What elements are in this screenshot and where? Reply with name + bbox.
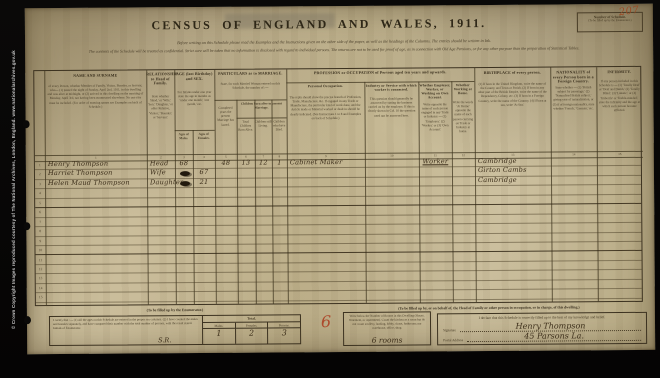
col-header-industry: Industry or Service with which worker is… <box>365 83 417 92</box>
cell-num: 7 <box>35 220 45 224</box>
col-header-nationality: NATIONALITY of every Person born in a Fo… <box>551 70 595 84</box>
cell-num: 14 <box>36 286 46 290</box>
enumerator-initials: S.R. <box>158 336 171 344</box>
ink-blot <box>180 181 190 186</box>
schedule-number-note: (To be filled up by the Enumerator.) <box>580 18 640 22</box>
cell-num: 4 <box>35 191 45 195</box>
cell-m_born: 13 <box>237 159 255 167</box>
cell-num: 9 <box>35 239 45 243</box>
cell-num: 5 <box>35 201 45 205</box>
col-header-age: AGE (last Birthday) and SEX. <box>174 72 214 82</box>
cell-name: Harriet Thompson <box>45 169 147 178</box>
enumerator-note: I certify that :— (1) All the ages on th… <box>50 316 202 345</box>
col-note-industry: This question should generally be answer… <box>366 96 416 117</box>
col-note-infirmity: If any person included in this Schedule … <box>598 79 640 113</box>
col-note-birthplace: (1) If born in the United Kingdom, write… <box>477 82 547 107</box>
cell-num: 11 <box>36 258 46 262</box>
totals-males-value: 1 <box>203 329 235 344</box>
cell-num: 10 <box>35 248 45 252</box>
cell-birthplace: Cambridge <box>475 157 551 166</box>
col-note-relationship: State whether 'Head,' or 'Wife,' 'Son,' … <box>147 94 173 119</box>
cell-num: 2 <box>35 172 45 176</box>
column-number: 12 <box>452 153 475 157</box>
punch-hole <box>24 316 31 324</box>
instruction-line-2: The contents of the Schedule will be tre… <box>59 45 609 54</box>
cell-num: 13 <box>36 276 46 280</box>
column-number: 6 <box>237 154 255 158</box>
col-note-name: of every Person, whether Member of Famil… <box>47 83 143 109</box>
cell-birthplace: Cambridge <box>475 175 551 184</box>
col-note-marriage: State, for each Married Woman entered on… <box>216 81 284 90</box>
cell-m_years: 48 <box>215 159 237 167</box>
cell-occupation: Cabinet Maker <box>287 158 365 167</box>
registrar-red-mark: 6 <box>321 312 331 331</box>
punch-hole <box>23 222 30 230</box>
scan-viewport: © Crown Copyright Images reproduced cour… <box>0 0 660 378</box>
col-header-marriage: PARTICULARS as to MARRIAGE. <box>214 71 286 76</box>
rooms-note: Write below the Number of Rooms in this … <box>349 313 425 329</box>
col-header-occupation-group: PROFESSION or OCCUPATION of Persons aged… <box>286 70 474 76</box>
cell-name: Henry Thompson <box>45 159 147 168</box>
cell-name: Helen Maud Thompson <box>45 178 147 187</box>
cell-birthplace: Girton Cambs <box>475 166 551 175</box>
col-note-at-home: Write the words 'At Home' opposite the n… <box>452 100 473 133</box>
copyright-text: © Crown Copyright Images reproduced cour… <box>11 50 16 329</box>
cell-num: 1 <box>35 163 45 167</box>
cell-age_m: 68 <box>175 159 193 167</box>
col-header-occupation: Personal Occupation. <box>288 84 362 89</box>
column-number: 10 <box>365 153 419 157</box>
col-header-infirmity: INFIRMITY. <box>597 70 641 75</box>
cell-num: 15 <box>36 295 46 299</box>
cell-age_f: 67 <box>193 168 215 176</box>
totals-table: Total. Males. 1 Females. 2 Persons. 3 <box>202 315 300 344</box>
document-title: CENSUS OF ENGLAND AND WALES, 1911. <box>25 15 613 34</box>
cell-relationship: Daughter <box>147 178 175 186</box>
copyright-strip: © Crown Copyright Images reproduced cour… <box>0 0 26 378</box>
col-header-marriage-years: Completed years the present Marriage has… <box>215 106 236 127</box>
signature-label: Signature <box>443 328 456 332</box>
col-note-age: For Infants under one year state the age… <box>175 90 213 107</box>
col-note-nationality: State whether — (1) 'British subject by … <box>552 85 594 110</box>
cell-num: 3 <box>35 182 45 186</box>
column-number: 3 <box>175 155 193 159</box>
col-header-children-group: Children born alive to present Marriage. <box>236 101 286 110</box>
column-number: 7 <box>255 154 272 158</box>
rooms-value: 6 rooms <box>344 335 430 345</box>
ink-blot <box>180 171 190 176</box>
cell-m_living: 12 <box>255 158 272 166</box>
col-note-employment: Write opposite the name of each person e… <box>420 102 450 131</box>
declaration-box: I declare that this Schedule is correctl… <box>437 312 647 345</box>
cell-num: 12 <box>36 267 46 271</box>
column-number: 15 <box>597 151 643 155</box>
col-note-occupation: The reply should show the precise branch… <box>289 95 361 120</box>
cell-relationship: Head <box>147 159 175 167</box>
col-header-relationship: RELATIONSHIP to Head of Family. <box>146 72 174 86</box>
enumerator-caption: (To be filled up by the Enumerator.) <box>49 307 301 313</box>
head-of-family-caption: (To be filled up by, or on behalf of, th… <box>327 305 651 311</box>
census-table: NAME AND SURNAME of every Person, whethe… <box>33 66 643 306</box>
column-number: 8 <box>272 154 287 158</box>
postal-address-label: Postal Address <box>443 338 463 342</box>
totals-females-value: 2 <box>236 329 268 344</box>
cell-m_died: 1 <box>272 158 287 166</box>
col-header-children-born: Total Children Born Alive. <box>237 120 255 133</box>
cell-employment: Worker <box>419 157 452 165</box>
rooms-box: Write below the Number of Rooms in this … <box>343 311 431 346</box>
col-header-age-females: Ages of Females. <box>193 132 215 140</box>
col-header-name: NAME AND SURNAME <box>46 73 144 78</box>
col-header-age-males: Ages of Males. <box>175 132 193 140</box>
cell-num: 6 <box>35 210 45 214</box>
column-number: 4 <box>193 154 215 158</box>
col-header-birthplace: BIRTHPLACE of every person. <box>475 71 549 76</box>
postal-address-value: 45 Parsons La. <box>467 331 641 342</box>
enumerator-box: I certify that :— (1) All the ages on th… <box>49 314 301 346</box>
totals-persons-value: 3 <box>268 328 300 343</box>
col-header-at-home: Whether Working at Home. <box>452 83 474 95</box>
census-document: CENSUS OF ENGLAND AND WALES, 1911. Numbe… <box>25 4 655 354</box>
cell-age_f: 21 <box>193 178 215 186</box>
column-number: 14 <box>551 152 597 156</box>
cell-num: 8 <box>35 229 45 233</box>
col-header-employment: Whether Employer, Worker, or Working on … <box>419 83 450 100</box>
col-header-children-living: Children still Living. <box>255 119 272 127</box>
cell-relationship: Wife <box>147 169 175 177</box>
declaration-text: I declare that this Schedule is correctl… <box>443 315 641 321</box>
col-header-children-died: Children who have Died. <box>272 119 287 132</box>
punch-hole <box>23 120 30 128</box>
schedule-number-box: Number of Schedule. (To be filled up by … <box>577 12 643 32</box>
